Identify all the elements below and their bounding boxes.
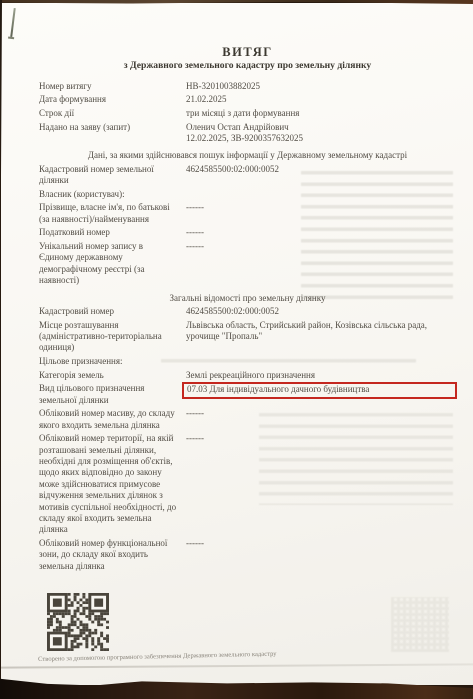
row-validity-term: Строк дії три місяці з дати формування <box>39 108 456 119</box>
field-value: 21.02.2025 <box>186 94 456 105</box>
qr-code <box>47 593 109 651</box>
field-label: Обліковий номер функціональної зони, до … <box>39 538 186 572</box>
field-label: Вид цільового призначення земельної діля… <box>39 383 186 406</box>
highlight-box: 07.03 Для індивідуального дачного будівн… <box>182 382 457 398</box>
document-content: ВИТЯГ з Державного земельного кадастру п… <box>39 47 456 574</box>
field-value: ------ <box>186 538 456 572</box>
field-value: три місяці з дати формування <box>186 108 456 119</box>
row-designated-purpose: Цільове призначення: <box>39 356 456 367</box>
field-label: Місце розташування (адміністративно-тери… <box>39 320 186 354</box>
field-value: 4624585500:02:000:0052 <box>186 164 456 187</box>
field-label: Унікальний номер запису в Єдиному держав… <box>39 241 186 287</box>
field-value: НВ-3201003882025 <box>186 81 456 92</box>
field-label: Податковий номер <box>39 227 186 238</box>
row-issued-upon-request: Надано на заяву (запит) Оленич Остап Анд… <box>39 122 456 145</box>
row-functional-zone-number: Обліковий номер функціональної зони, до … <box>39 538 456 572</box>
row-extract-number: Номер витягу НВ-3201003882025 <box>39 81 456 92</box>
row-land-category: Категорія земель Землі рекреаційного при… <box>39 370 456 381</box>
field-value: 07.03 Для індивідуального дачного будівн… <box>186 383 456 406</box>
document-page: ВИТЯГ з Державного земельного кадастру п… <box>1 3 473 685</box>
paper-bottom-edge <box>1 663 473 668</box>
request-number: 12.02.2025, ЗВ-9200357632025 <box>186 133 456 144</box>
requester-name: Оленич Остап Андрійович <box>186 122 456 133</box>
page-title: ВИТЯГ <box>39 47 456 58</box>
field-label: Цільове призначення: <box>39 356 186 367</box>
row-demographic-registry-number: Унікальний номер запису в Єдиному держав… <box>39 241 456 287</box>
bleed-through-qr <box>391 597 449 652</box>
field-label: Власник (користувач): <box>39 189 186 200</box>
field-value: Землі рекреаційного призначення <box>186 370 456 381</box>
staple-mark <box>10 8 16 37</box>
field-label: Прізвище, власне ім'я, по батькові (за н… <box>39 202 186 225</box>
row-full-name: Прізвище, власне ім'я, по батькові (за н… <box>39 202 456 225</box>
field-label: Обліковий номер території, на якій розта… <box>39 433 186 536</box>
field-value: ------ <box>186 433 456 536</box>
general-section-heading: Загальні відомості про земельну ділянку <box>39 293 456 304</box>
field-value: ------ <box>186 227 456 238</box>
field-value: ------ <box>186 241 456 287</box>
row-massif-number: Обліковий номер масиву, до складу якого … <box>39 408 456 431</box>
field-label: Кадастровий номер земельної ділянки <box>39 164 186 187</box>
field-label: Обліковий номер масиву, до складу якого … <box>39 408 186 431</box>
field-value: 4624585500:02:000:0052 <box>186 306 456 317</box>
row-cadastral-number: Кадастровий номер 4624585500:02:000:0052 <box>39 306 456 317</box>
row-location: Місце розташування (адміністративно-тери… <box>39 320 456 354</box>
footer-note: Створено за допомогою програмного забезп… <box>38 651 277 663</box>
row-formation-date: Дата формування 21.02.2025 <box>39 94 456 105</box>
row-tax-number: Податковий номер ------ <box>39 227 456 238</box>
field-label: Категорія земель <box>39 370 186 381</box>
page-subtitle: з Державного земельного кадастру про зем… <box>39 60 456 71</box>
search-section-heading: Дані, за якими здійснювався пошук інформ… <box>39 150 456 161</box>
field-value: ------ <box>186 202 456 225</box>
field-value <box>186 356 456 367</box>
photo-edge-left <box>0 0 2 175</box>
row-territory-number: Обліковий номер території, на якій розта… <box>39 433 456 536</box>
field-label: Надано на заяву (запит) <box>39 122 186 145</box>
row-owner-user: Власник (користувач): <box>39 189 456 200</box>
field-value: Львівська область, Стрийський район, Коз… <box>186 320 456 354</box>
field-value <box>186 189 456 200</box>
field-value: ------ <box>186 408 456 431</box>
row-cadastral-number-search: Кадастровий номер земельної ділянки 4624… <box>39 164 456 187</box>
field-label: Строк дії <box>39 108 186 119</box>
field-value: Оленич Остап Андрійович 12.02.2025, ЗВ-9… <box>186 122 456 145</box>
field-label: Дата формування <box>39 94 186 105</box>
field-label: Номер витягу <box>39 81 186 92</box>
row-purpose-type: Вид цільового призначення земельної діля… <box>39 383 456 406</box>
field-label: Кадастровий номер <box>39 306 186 317</box>
photo-background: ВИТЯГ з Державного земельного кадастру п… <box>0 0 473 699</box>
